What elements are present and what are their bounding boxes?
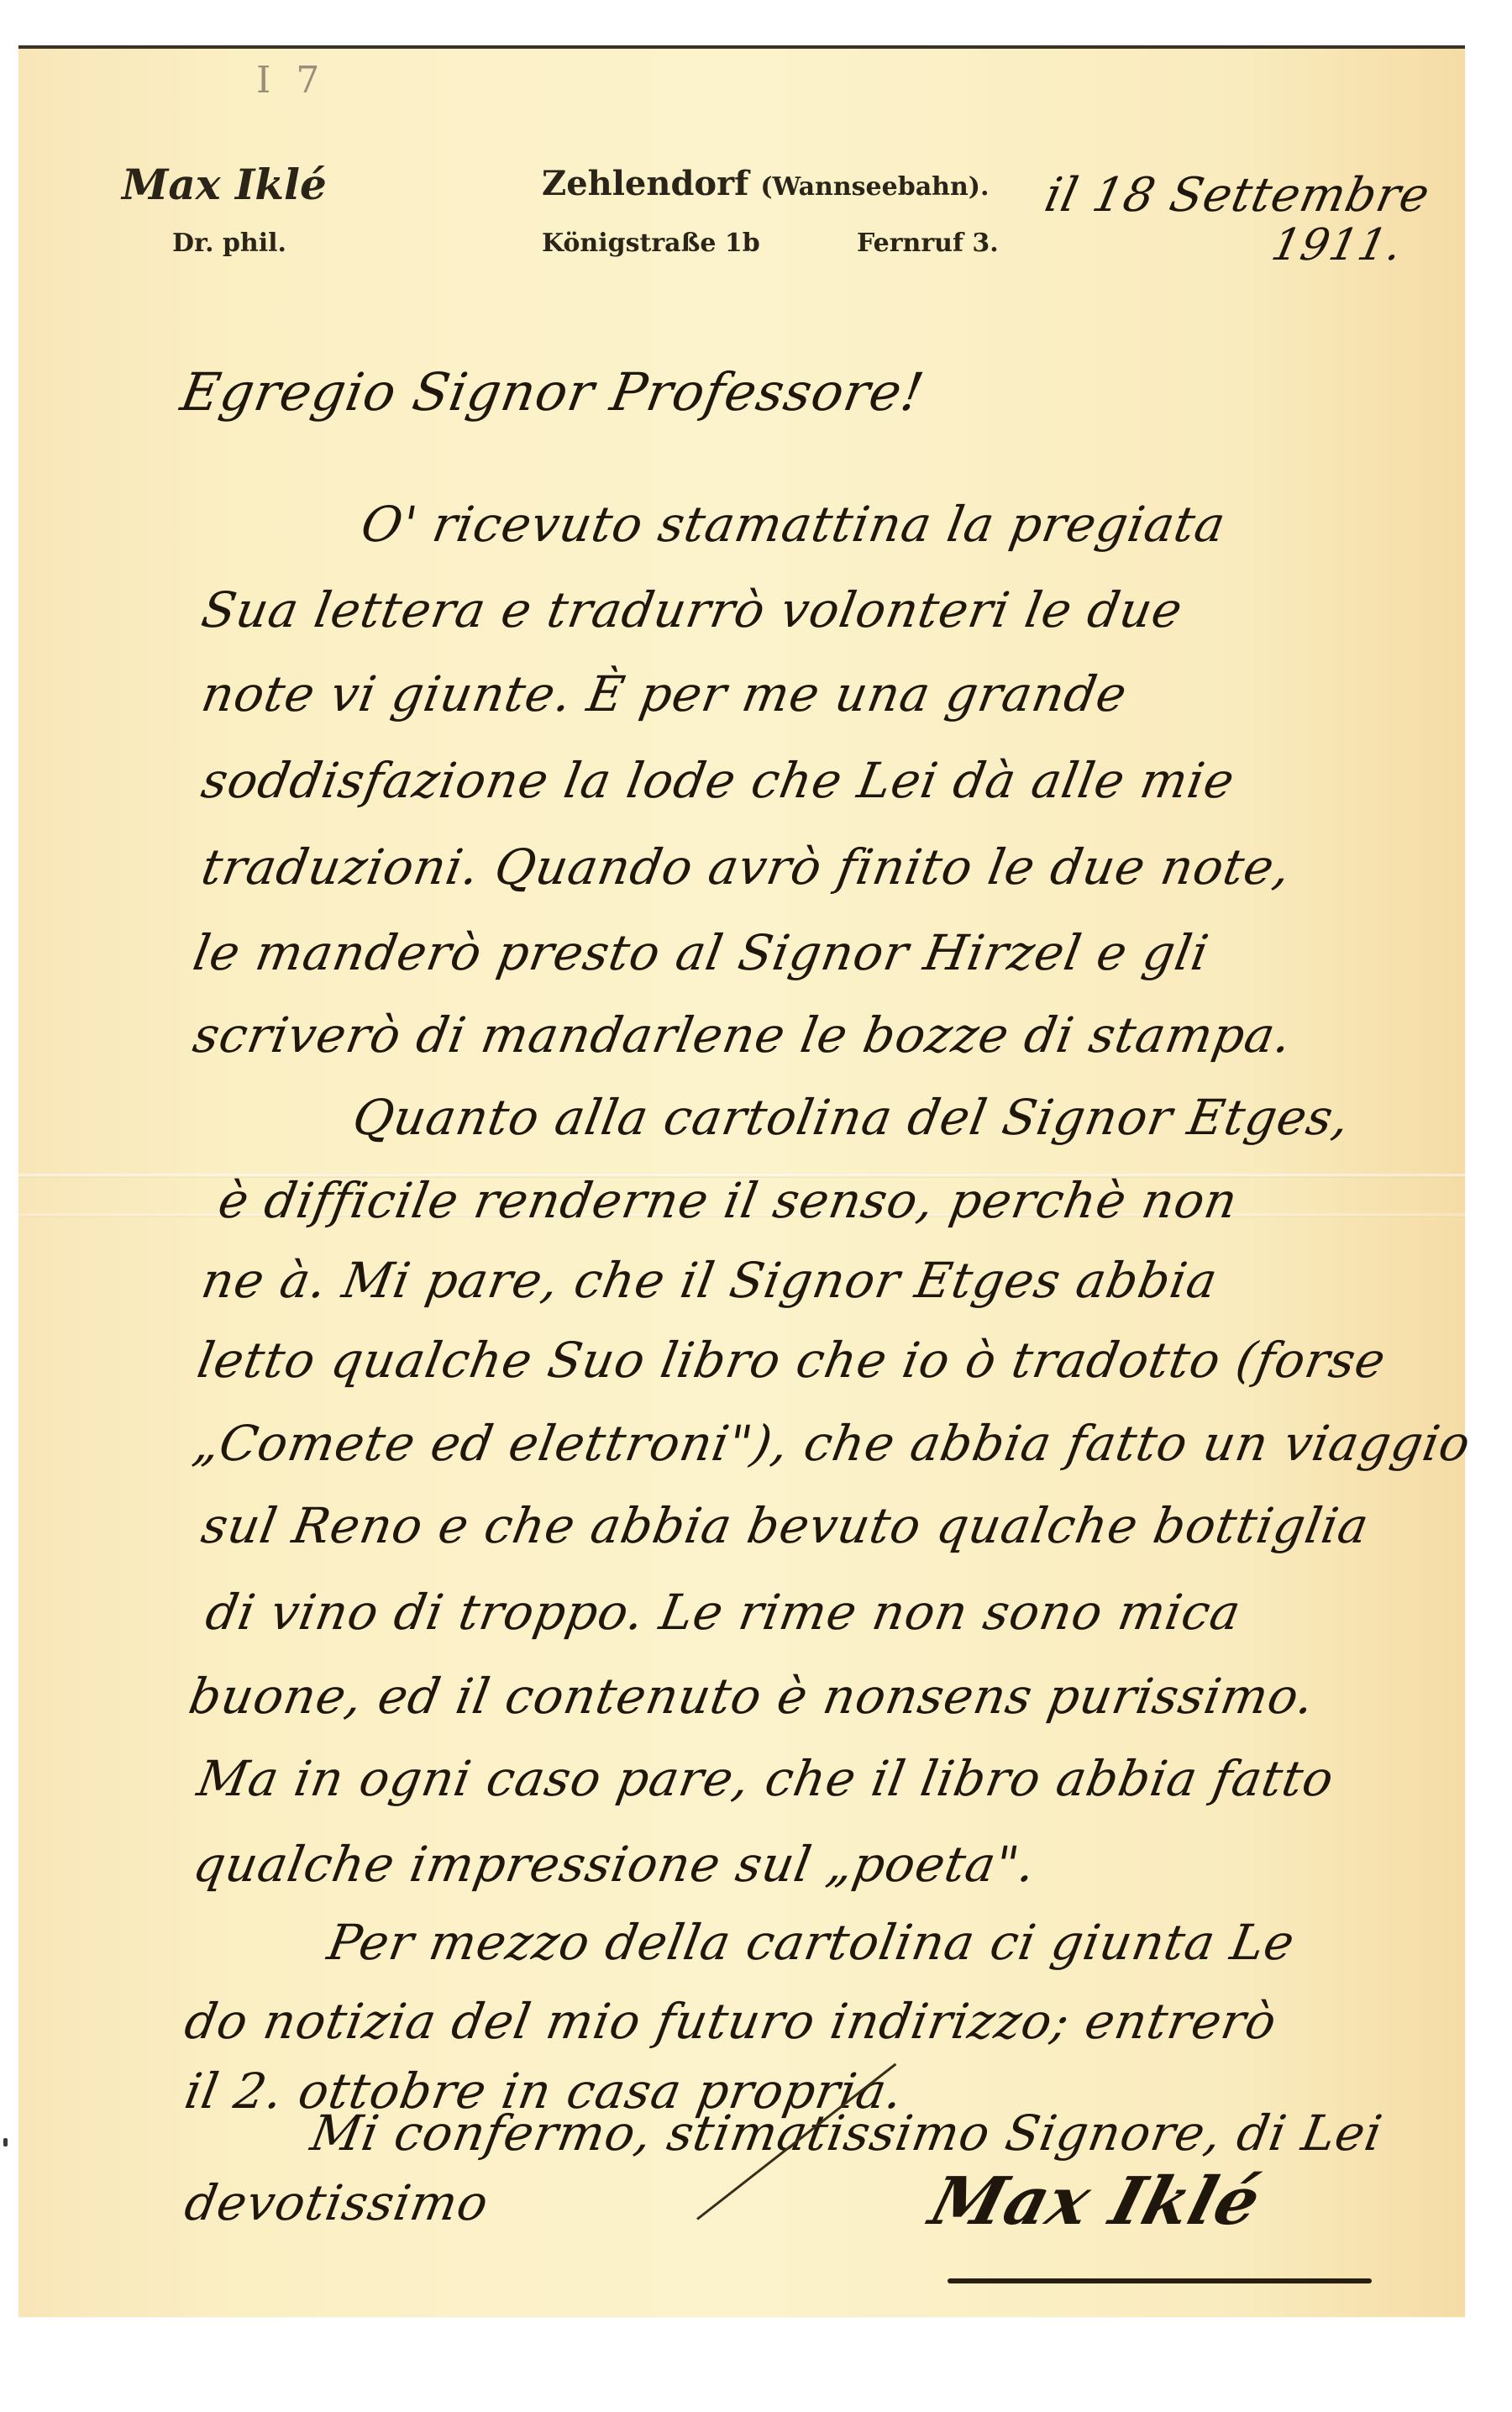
letter-line: O' ricevuto stamattina la pregiata — [357, 496, 1230, 553]
date-year: 1911. — [1268, 220, 1408, 271]
letter-line: Per mezzo della cartolina ci giunta Le — [323, 1914, 1299, 1971]
letter-line: traduzioni. Quando avrò finito le due no… — [197, 838, 1295, 896]
signature-underline — [948, 2278, 1372, 2283]
letter-line: è difficile renderne il senso, perchè no… — [214, 1172, 1242, 1229]
letter-line: letto qualche Suo libro che io ò tradott… — [193, 1332, 1390, 1389]
letterhead-place: Zehlendorf (Wannseebahn). — [542, 164, 989, 203]
letter-line: soddisfazione la lode che Lei dà alle mi… — [197, 752, 1239, 809]
signature: Max Iklé — [922, 2163, 1269, 2240]
letter-line: buone, ed il contenuto è nonsens purissi… — [185, 1668, 1319, 1725]
letter-line: „Comete ed elettroni"), che abbia fatto … — [189, 1415, 1475, 1472]
letterhead-phone: Fernruf 3. — [857, 229, 999, 258]
letterhead-place-note: (Wannseebahn). — [760, 172, 989, 202]
letter-line: qualche impressione sul „poeta". — [189, 1836, 1041, 1893]
salutation: Egregio Signor Professore! — [176, 361, 929, 423]
letter-line: ne à. Mi pare, che il Signor Etges abbia — [197, 1252, 1222, 1309]
letterhead-name: Max Iklé — [122, 160, 327, 209]
letter-line: scriverò di mandarlene le bozze di stamp… — [189, 1006, 1296, 1064]
letter-line: sul Reno e che abbia bevuto qualche bott… — [197, 1497, 1373, 1554]
letter-line: do notizia del mio futuro indirizzo; ent… — [181, 1993, 1281, 2050]
letter-line: le manderò presto al Signor Hirzel e gli — [189, 924, 1214, 981]
letter-line: di vino di troppo. Le rime non sono mica — [202, 1584, 1246, 1641]
letter-line: Sua lettera e tradurrò volonteri le due — [197, 581, 1187, 638]
letter-line: Mi confermo, stimatissimo Signore, di Le… — [307, 2105, 1387, 2162]
letterhead-street: Königstraße 1b — [542, 229, 760, 258]
closing: devotissimo — [181, 2174, 493, 2231]
letterhead-place-name: Zehlendorf — [542, 164, 748, 203]
date-day-month: il 18 Settembre — [1040, 168, 1435, 223]
letter-line: Quanto alla cartolina del Signor Etges, — [349, 1089, 1354, 1146]
letter-line: note vi giunte. È per me una grande — [197, 665, 1131, 723]
scan-edge-mark — [3, 2138, 8, 2147]
archive-number: I 7 — [256, 59, 326, 102]
letterhead-title: Dr. phil. — [172, 229, 286, 258]
letter-line: Ma in ogni caso pare, che il libro abbia… — [193, 1750, 1338, 1807]
